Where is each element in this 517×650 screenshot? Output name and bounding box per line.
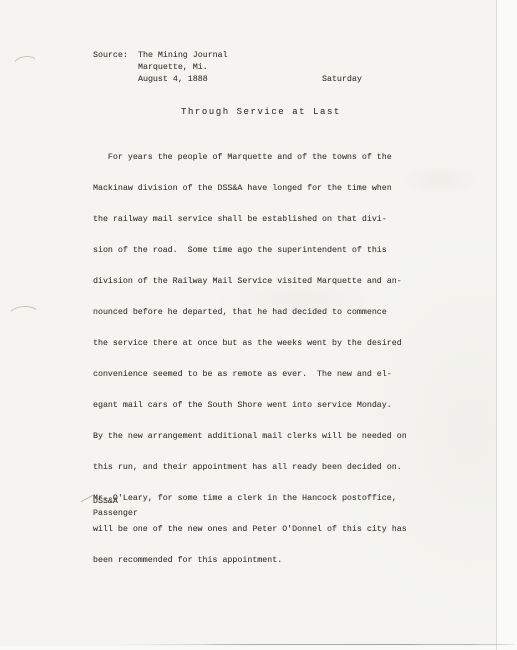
source-label: Source: (93, 51, 128, 61)
source-publication: The Mining Journal (138, 51, 228, 61)
body-line: division of the Railway Mail Service vis… (93, 277, 407, 287)
paper-bottom-edge-seam (110, 644, 517, 645)
source-date: August 4, 1888 (138, 75, 208, 85)
body-line: egant mail cars of the South Shore went … (93, 401, 407, 411)
body-line: convenience seemed to be as remote as ev… (93, 370, 407, 380)
scan-background-strip (497, 0, 517, 650)
body-line: this run, and their appointment has all … (93, 463, 407, 473)
annotation-category: Passenger (93, 509, 138, 519)
article-body: For years the people of Marquette and of… (93, 132, 407, 577)
source-location: Marquette, Mi. (138, 63, 208, 73)
body-line: the railway mail service shall be establ… (93, 215, 407, 225)
body-line: Mr. O'Leary, for some time a clerk in th… (93, 494, 407, 504)
body-line: will be one of the new ones and Peter O'… (93, 525, 407, 535)
paper-right-edge-seam (496, 0, 497, 650)
body-line: By the new arrangement additional mail c… (93, 432, 407, 442)
body-line: the service there at once but as the wee… (93, 339, 407, 349)
body-line: Mackinaw division of the DSS&A have long… (93, 184, 407, 194)
article-headline: Through Service at Last (181, 107, 341, 117)
source-weekday: Saturday (322, 75, 362, 85)
annotation-railroad: DSS&A (93, 497, 118, 507)
body-line: sion of the road. Some time ago the supe… (93, 246, 407, 256)
body-line: been recommended for this appointment. (93, 556, 407, 566)
body-line: nounced before he departed, that he had … (93, 308, 407, 318)
body-line: For years the people of Marquette and of… (93, 153, 407, 163)
scanned-document-page: { "doc": { "source": { "label": "Source:… (0, 0, 517, 650)
